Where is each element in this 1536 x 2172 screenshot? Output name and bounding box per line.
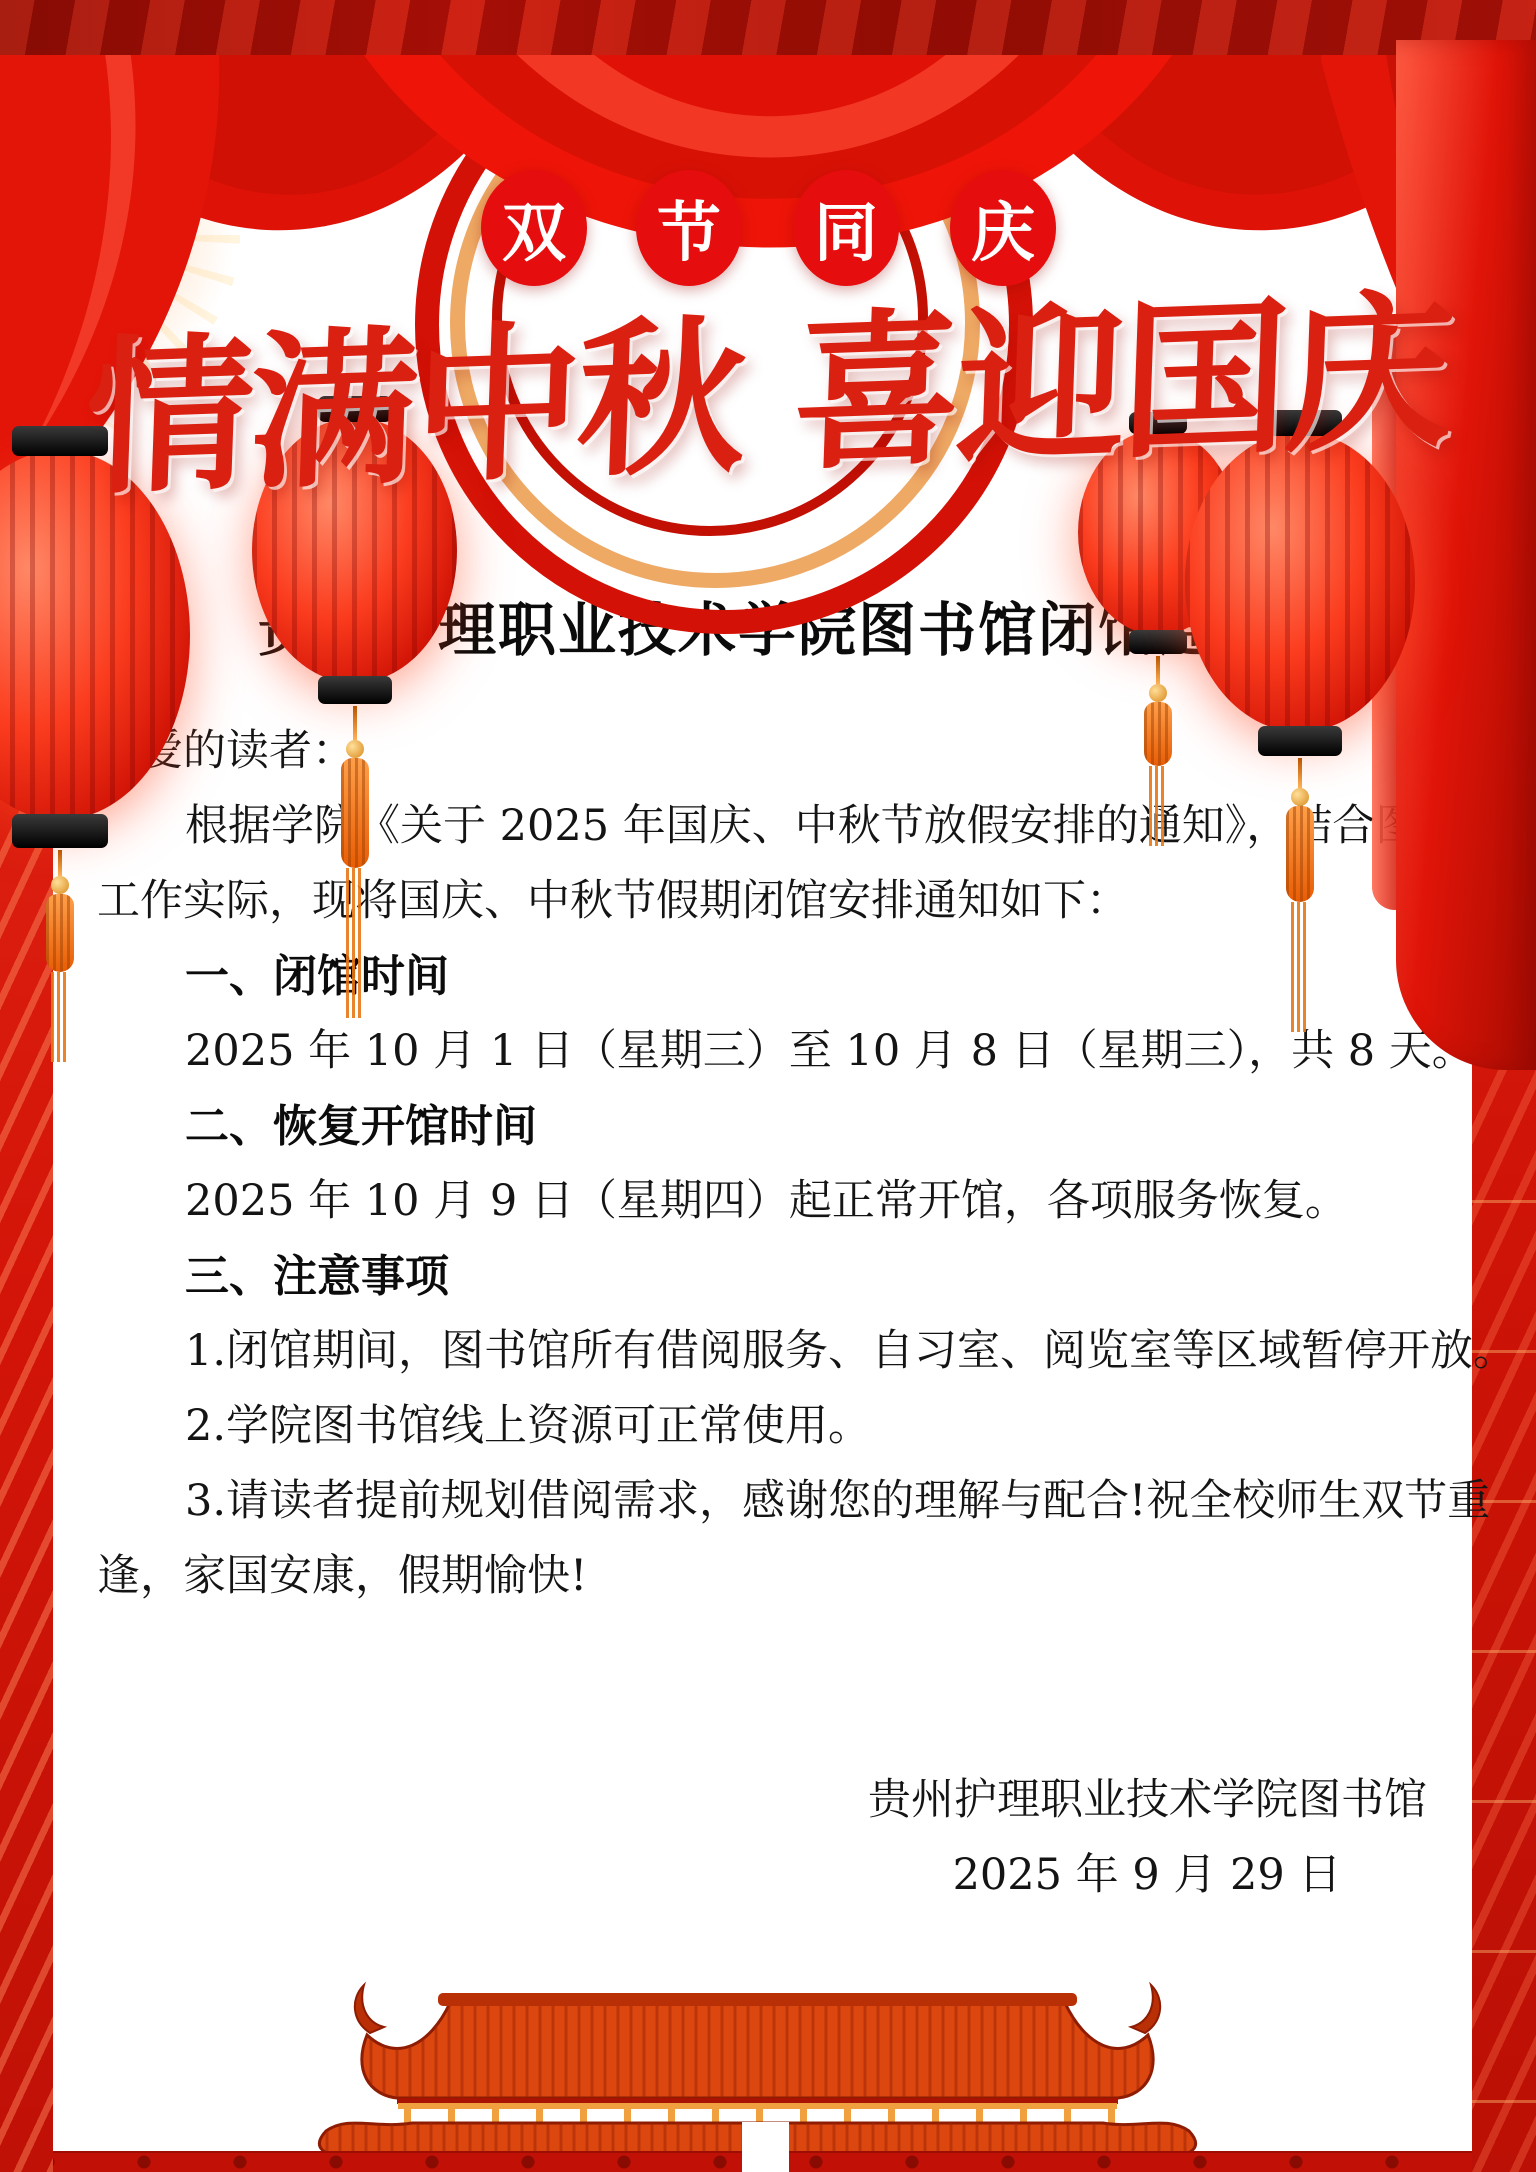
top-border-decoration	[0, 0, 1536, 55]
headline-phrase: 情满中秋	[82, 263, 746, 527]
notice-line: 3.请读者提前规划借阅需求，感谢您的理解与配合!祝全校师生双节重	[97, 1464, 1427, 1539]
notice-line: 1.闭馆期间，图书馆所有借阅服务、自习室、阅览室等区域暂停开放。	[97, 1314, 1427, 1389]
signature-block: 贵州护理职业技术学院图书馆 2025 年 9 月 29 日	[867, 1763, 1427, 1913]
holiday-closure-poster: 双节同庆 情满中秋喜迎国庆 贵州护理职业技术学院图书馆闭馆通知 亲爱的读者：根据…	[0, 0, 1536, 2172]
signature: 贵州护理职业技术学院图书馆	[867, 1763, 1427, 1838]
notice-line: 根据学院《关于 2025 年国庆、中秋节放假安排的通知》，结合图书馆	[97, 789, 1427, 864]
curtain-drape	[1396, 40, 1536, 1070]
date: 2025 年 9 月 29 日	[867, 1838, 1427, 1913]
notice-line: 2025 年 10 月 1 日（星期三）至 10 月 8 日（星期三），共 8 …	[97, 1014, 1427, 1089]
notice-line: 二、恢复开馆时间	[97, 1089, 1427, 1164]
headline-phrase: 喜迎国庆	[790, 238, 1454, 502]
notice-line: 工作实际，现将国庆、中秋节假期闭馆安排通知如下：	[97, 864, 1427, 939]
notice-body: 亲爱的读者：根据学院《关于 2025 年国庆、中秋节放假安排的通知》，结合图书馆…	[97, 714, 1427, 1614]
notice-line: 一、闭馆时间	[97, 939, 1427, 1014]
image-gap-artifact	[742, 2122, 789, 2172]
notice-line: 逢，家国安康，假期愉快!	[97, 1539, 1427, 1614]
notice-line: 2025 年 10 月 9 日（星期四）起正常开馆，各项服务恢复。	[97, 1164, 1427, 1239]
notice-line: 三、注意事项	[97, 1239, 1427, 1314]
notice-line: 2.学院图书馆线上资源可正常使用。	[97, 1389, 1427, 1464]
